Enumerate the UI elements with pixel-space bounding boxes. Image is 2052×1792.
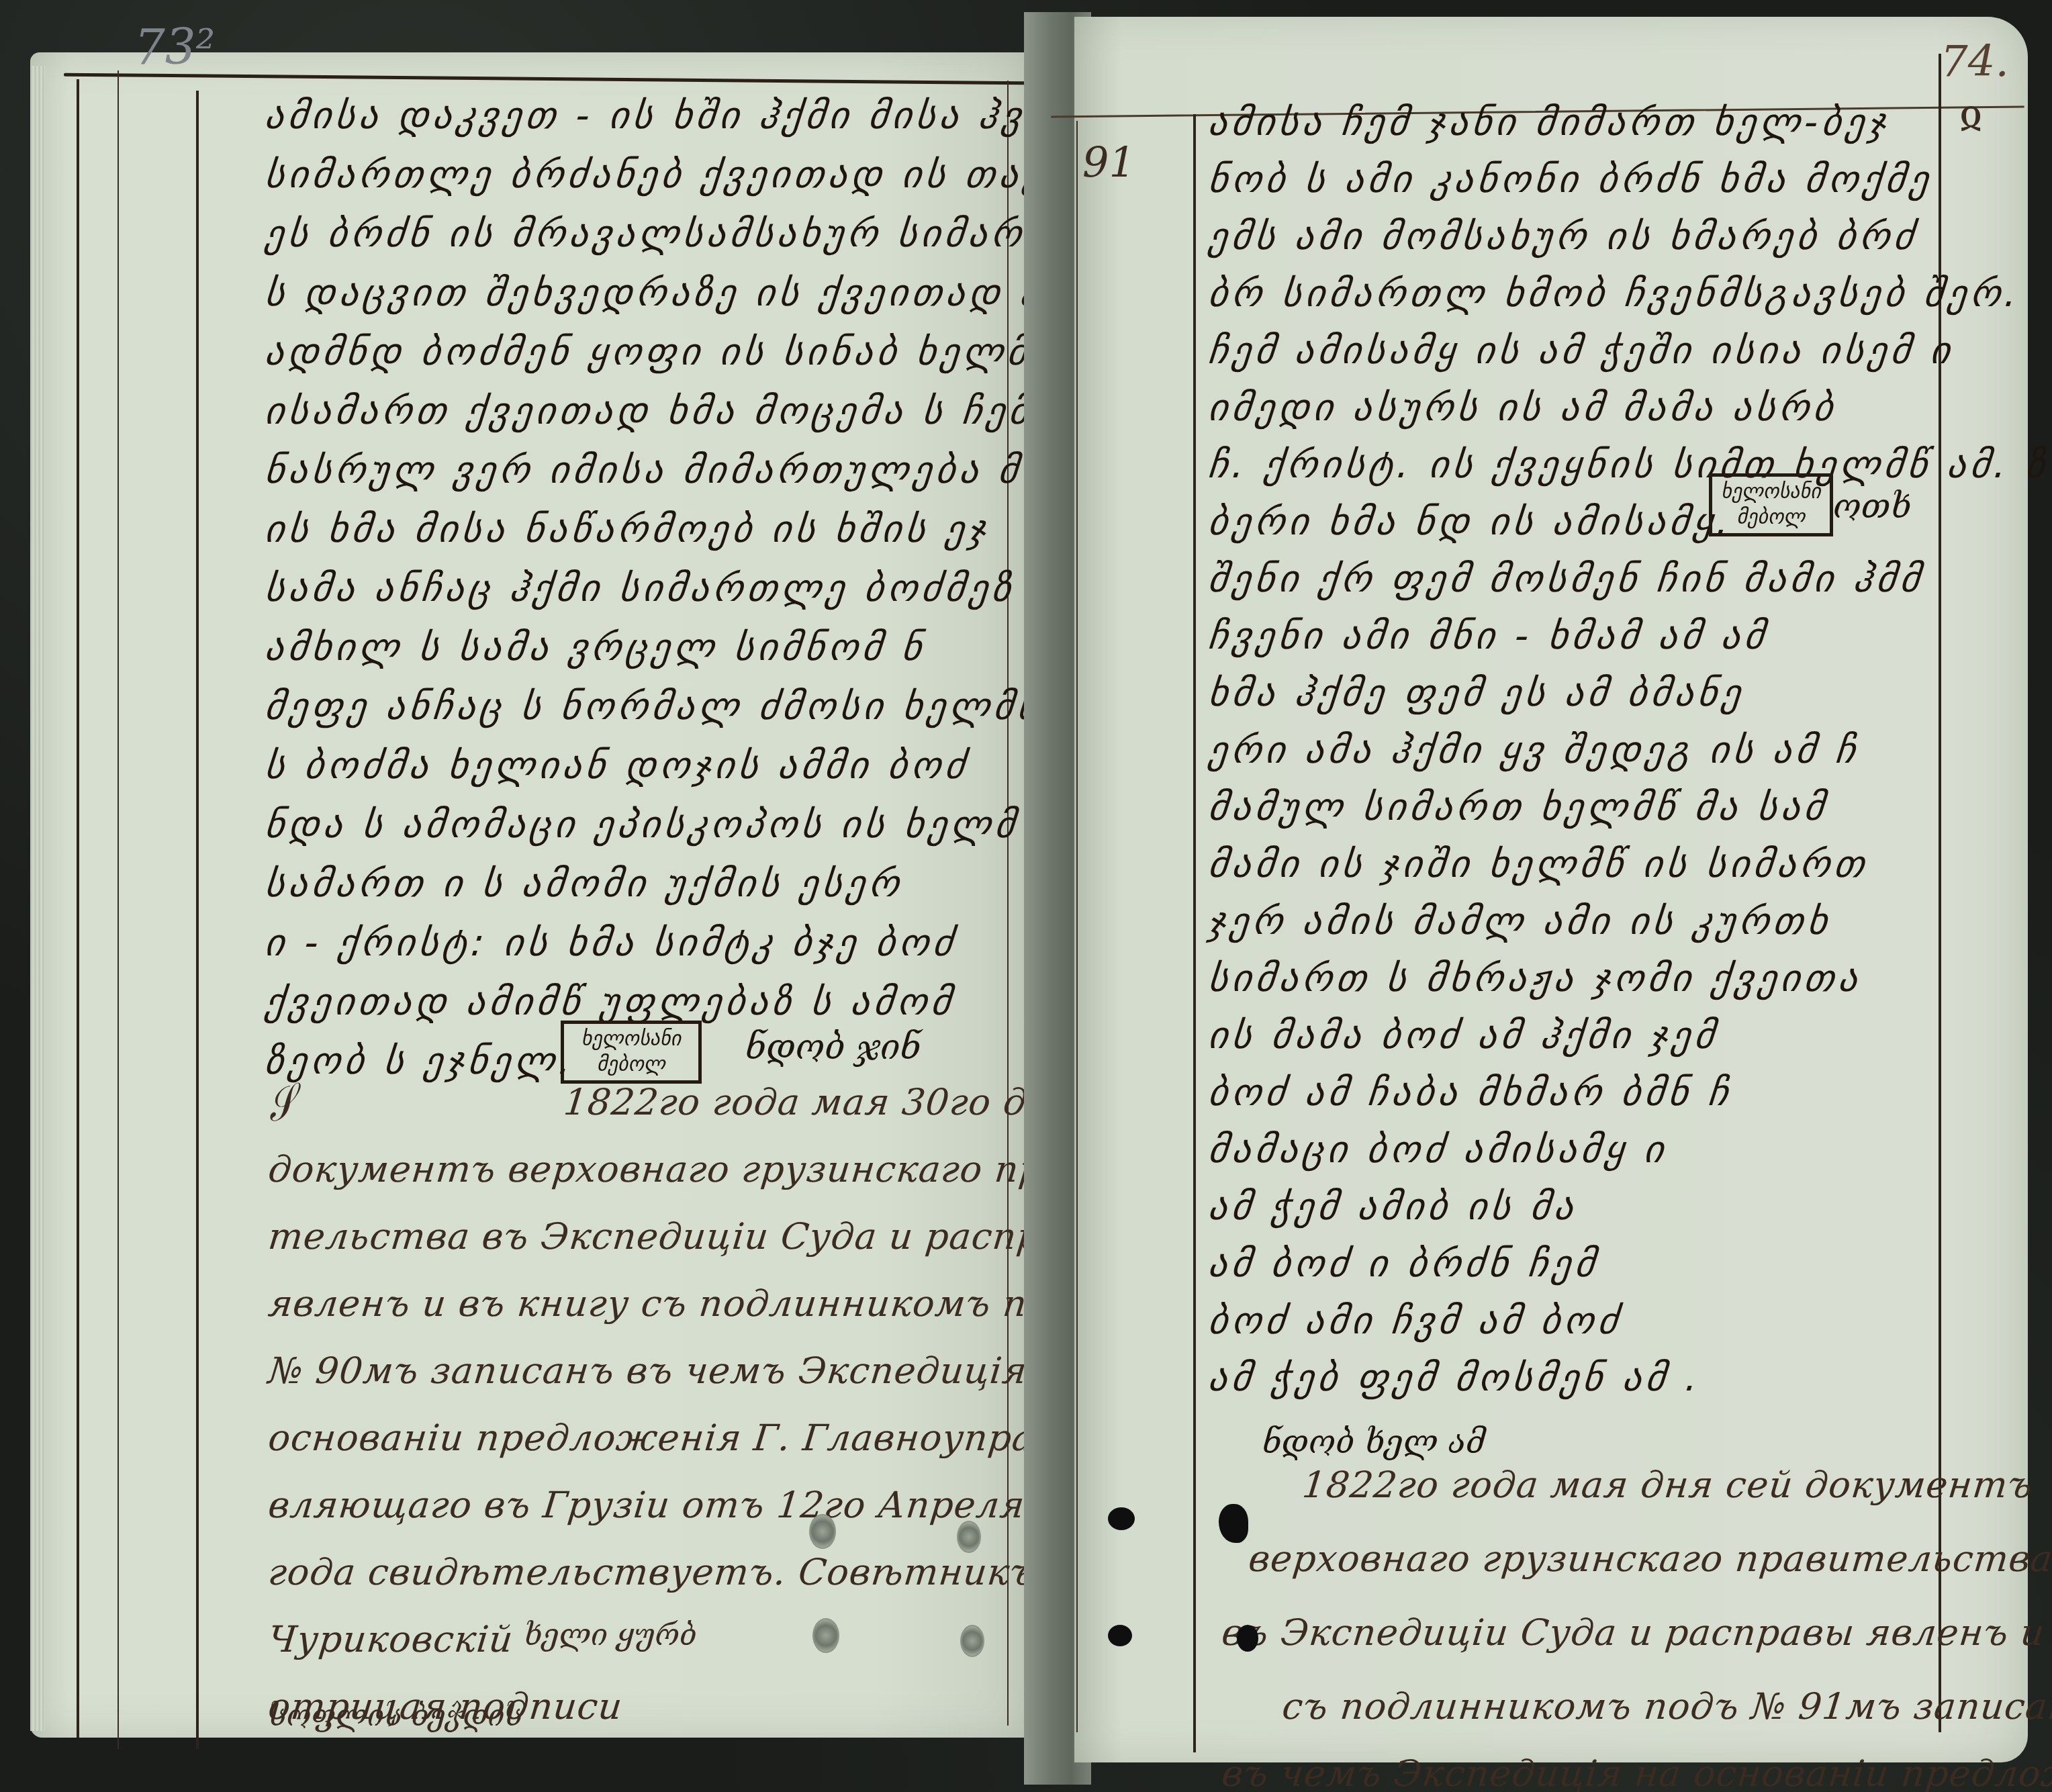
- binding-hole: [1108, 1625, 1132, 1646]
- text-line: შენი ქრ ფემ მოსმენ ჩინ მამი ჰმმ: [1207, 557, 1926, 601]
- text-line: ის ხმა მისა ნაწარმოებ ის ხშის ეჯ: [263, 508, 992, 551]
- right-margin-rule-1: [1076, 121, 1078, 1732]
- text-line: ერი ამა ჰქმი ყვ შედეგ ის ამ ჩ: [1207, 728, 1862, 772]
- left-georgian-text: ამისა დაკვეთ - ის ხში ჰქმი მისა ჰვა სიმა…: [265, 94, 1011, 1034]
- binding-hole: [1219, 1504, 1248, 1543]
- text-line: ჯერ ამის მამლ ამი ის კურთხ: [1207, 900, 1834, 943]
- right-stamp-trailing-word: ოთხ: [1833, 487, 1912, 526]
- text-line: მამულ სიმართ ხელმწ მა სამ: [1207, 786, 1830, 829]
- text-line: მეფე ანჩაც ს ნორმალ ძმოსი ხელმწ: [263, 685, 1043, 728]
- stamp-line: მებოლ: [571, 1052, 692, 1078]
- text-line: ადმნდ ბოძმენ ყოფი ის სინაბ ხელმწ: [263, 330, 1058, 374]
- right-georgian-signature: ნდობ ხელ ამ: [1262, 1423, 1485, 1461]
- text-line: ამ ჭებ ფემ მოსმენ ამ .: [1207, 1356, 1704, 1400]
- text-line: ბრ სიმართლ ხმობ ჩვენმსგავსებ შერ.: [1207, 272, 2023, 316]
- text-line: ეს ბრძნ ის მრავალსამსახურ სიმართლ ი: [263, 212, 1146, 256]
- binding-hole: [960, 1625, 984, 1657]
- left-georgian-annotation-1: ხელი ყურბ: [524, 1618, 697, 1652]
- left-georgian-signature: ნდობ ჯინ: [745, 1027, 921, 1068]
- binding-hole: [957, 1521, 981, 1553]
- stamp-line: ხელოსანი: [1719, 479, 1823, 505]
- text-line: მამაცი ბოძ ამისამყ ი: [1207, 1128, 1670, 1172]
- text-line: ნობ ს ამი კანონი ბრძნ ხმა მოქმე: [1207, 158, 1935, 201]
- text-line: ამ ჭემ ამიბ ის მა: [1207, 1185, 1580, 1229]
- text-line: ამისა ჩემ ჯანი მიმართ ხელ-ბეჯ: [1207, 101, 1892, 144]
- note-line: документъ верховнаго грузинскаго прави-: [267, 1148, 1126, 1190]
- text-line: ისამართ ქვეითად ხმა მოცემა ს ჩემ: [263, 389, 1035, 433]
- text-line: ს ბოძმა ხელიან დოჯის ამმი ბოძ: [263, 744, 972, 788]
- right-corner-mark: ჲ: [1959, 91, 1982, 138]
- text-line: სიმართ ს მხრაჟა ჯომი ქვეითა: [1207, 957, 1864, 1000]
- note-line: въ чемъ Экспедиція на основаніи предложе…: [1220, 1752, 2052, 1792]
- text-line: იმედი ასურს ის ამ მამა ასრბ: [1207, 386, 1840, 430]
- note-line: основаніи предложенія Г. Главноупра-: [267, 1417, 1050, 1459]
- note-line: въ Экспедиціи Суда и расправы явленъ и в…: [1220, 1611, 2052, 1654]
- right-georgian-text: ამისა ჩემ ჯანი მიმართ ხელ-ბეჯ ნობ ს ამი …: [1209, 101, 1934, 1444]
- text-line: ბერი ხმა ნდ ის ამისამყ.: [1207, 500, 1736, 544]
- left-georgian-annotation-2: სოფლის ბეჭდის: [269, 1699, 522, 1733]
- left-folio-number: 73²: [134, 19, 215, 75]
- right-boxed-stamp: ხელოსანი მებოლ: [1709, 473, 1833, 536]
- text-line: ხმა ჰქმე ფემ ეს ამ ბმანე: [1207, 671, 1747, 715]
- right-margin-entry-number: 91: [1082, 138, 1135, 187]
- note-line: года свидѣтельствуетъ. Совѣтникъ: [267, 1551, 1037, 1593]
- left-russian-registration-note: 1822го года мая 30го дня сей документъ в…: [269, 1081, 1007, 1618]
- text-line: სიმართლე ბრძანებ ქვეითად ის თავისუფ: [263, 153, 1154, 197]
- note-line: явленъ и въ книгу съ подлинникомъ подъ: [267, 1282, 1101, 1325]
- stamp-line: მებოლ: [1719, 505, 1823, 530]
- text-line: სამართ ი ს ამომი უქმის ესერ: [263, 862, 906, 906]
- page-stack-edge: [30, 66, 45, 1731]
- text-line: სამა ანჩაც ჰქმი სიმართლე ბოძმეზ: [263, 567, 1018, 610]
- left-margin-rule-2: [118, 70, 119, 1749]
- text-line: ჩვენი ამი მნი - ხმამ ამ ამ: [1207, 614, 1771, 658]
- stamp-line: ხელოსანი: [571, 1027, 692, 1052]
- text-line: ამხილ ს სამა ვრცელ სიმნომ ნ: [263, 626, 929, 669]
- right-margin-rule-2: [1193, 114, 1196, 1752]
- binding-hole: [812, 1618, 839, 1653]
- signature-line: Чуриковскій: [267, 1618, 516, 1660]
- note-line: 1822го года мая дня сей документъ: [1301, 1464, 2035, 1506]
- binding-hole: [1237, 1625, 1258, 1652]
- note-line: съ подлинникомъ подъ № 91мъ записанъ: [1280, 1685, 2052, 1728]
- note-line: тельства въ Экспедиціи Суда и расправы: [267, 1215, 1117, 1258]
- right-folio-number: 74.: [1941, 37, 2009, 87]
- text-line: ამისა დაკვეთ - ის ხში ჰქმი მისა ჰვა: [263, 94, 1051, 138]
- text-line: ი - ქრისტ: ის ხმა სიმტკ ბჯე ბოძ: [263, 921, 960, 965]
- text-line: ბოძ ამი ჩვმ ამ ბოძ: [1207, 1299, 1624, 1343]
- text-line: ნდა ს ამომაცი ეპისკოპოს ის ხელმ: [263, 803, 1021, 847]
- text-line: ქვეითად ამიმწ უფლებაზ ს ამომ: [263, 980, 958, 1024]
- left-margin-rule-3: [196, 91, 199, 1749]
- text-line: ემს ამი მომსახურ ის ხმარებ ბრძ: [1207, 215, 1920, 258]
- text-line: ჩემ ამისამყ ის ამ ჭეში ისია ისემ ი: [1207, 329, 1957, 373]
- binding-hole: [1108, 1507, 1135, 1530]
- left-margin-rule-1: [77, 79, 79, 1738]
- text-line: ბოძ ამ ჩაბა მხმარ ბმნ ჩ: [1207, 1071, 1734, 1115]
- left-boxed-stamp: ხელოსანი მებოლ: [561, 1021, 702, 1084]
- note-line: № 90мъ записанъ въ чемъ Экспедиція на: [267, 1350, 1088, 1392]
- note-line: верховнаго грузинскаго правительства: [1247, 1538, 2052, 1580]
- text-line: ის მამა ბოძ ამ ჰქმი ჯემ: [1207, 1014, 1721, 1057]
- text-line: ჩ. ქრისტ. ის ქვეყნის სიმთ ხელმწ ამ. ზრბ: [1207, 443, 2052, 487]
- text-line: ს დაცვით შეხვედრაზე ის ქვეითად ჰთ: [263, 271, 1080, 315]
- text-line: ზეობ ს ეჯნელ.: [263, 1039, 577, 1083]
- text-line: მამი ის ჯიში ხელმწ ის სიმართ: [1207, 843, 1871, 886]
- binding-hole: [809, 1514, 836, 1549]
- text-line: ამ ბოძ ი ბრძნ ჩემ: [1207, 1242, 1601, 1286]
